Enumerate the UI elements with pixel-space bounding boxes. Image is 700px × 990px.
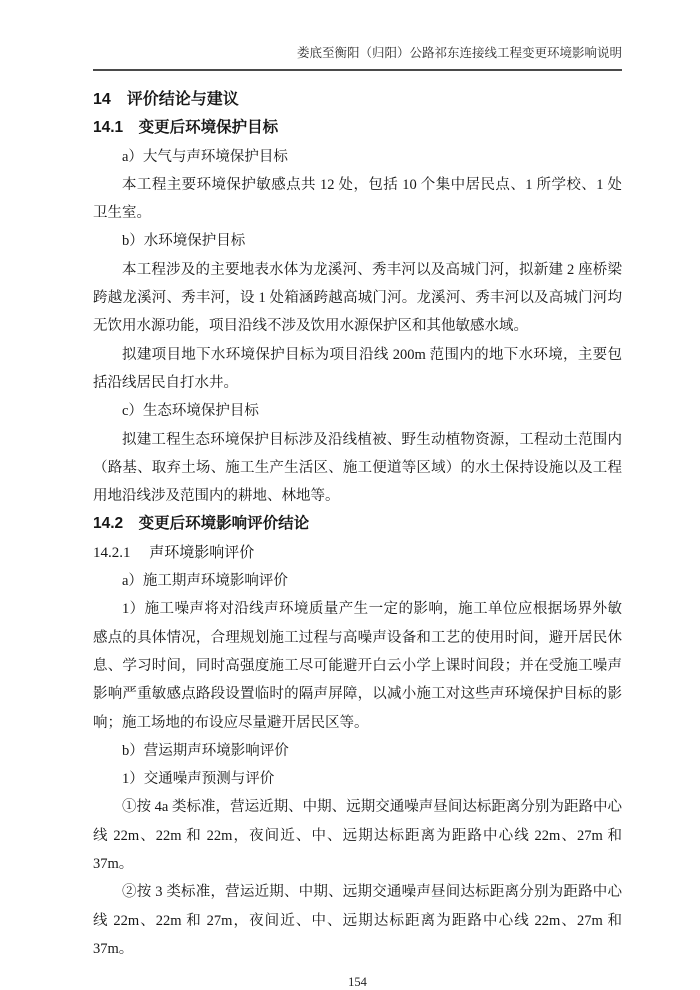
paragraph-construction-noise: 1）施工噪声将对沿线声环境质量产生一定的影响，施工单位应根据场界外敏感点的具体情… — [93, 595, 622, 736]
subheading-traffic-noise: 1）交通噪声预测与评价 — [93, 765, 622, 793]
subheading-a-construction-noise: a）施工期声环境影响评价 — [93, 567, 622, 595]
page-footer: 154 — [93, 975, 622, 990]
document-page: 娄底至衡阳（归阳）公路祁东连接线工程变更环境影响说明 14 评价结论与建议 14… — [0, 0, 700, 990]
paragraph-surface-water: 本工程涉及的主要地表水体为龙溪河、秀丰河以及高城门河，拟新建 2 座桥梁跨越龙溪… — [93, 256, 622, 341]
page-header: 娄底至衡阳（归阳）公路祁东连接线工程变更环境影响说明 — [93, 44, 622, 71]
paragraph-groundwater: 拟建项目地下水环境保护目标为项目沿线 200m 范围内的地下水环境，主要包括沿线… — [93, 341, 622, 398]
subheading-c-ecology-targets: c）生态环境保护目标 — [93, 397, 622, 425]
section-heading-14-2-1: 14.2.1 声环境影响评价 — [93, 539, 622, 567]
paragraph-noise-standard-4a: ①按 4a 类标准，营运近期、中期、远期交通噪声昼间达标距离分别为距路中心线 2… — [93, 793, 622, 878]
document-body: 14 评价结论与建议 14.1 变更后环境保护目标 a）大气与声环境保护目标 本… — [93, 86, 622, 963]
section-heading-14-1: 14.1 变更后环境保护目标 — [93, 114, 622, 142]
paragraph-noise-standard-3: ②按 3 类标准，营运近期、中期、远期交通噪声昼间达标距离分别为距路中心线 22… — [93, 878, 622, 963]
page-number: 154 — [348, 975, 367, 989]
subheading-b-water-targets: b）水环境保护目标 — [93, 227, 622, 255]
subheading-a-air-noise-targets: a）大气与声环境保护目标 — [93, 143, 622, 171]
page-header-title: 娄底至衡阳（归阳）公路祁东连接线工程变更环境影响说明 — [297, 46, 622, 60]
paragraph-sensitive-points: 本工程主要环境保护敏感点共 12 处，包括 10 个集中居民点、1 所学校、1 … — [93, 171, 622, 228]
section-heading-14-2: 14.2 变更后环境影响评价结论 — [93, 510, 622, 538]
chapter-heading: 14 评价结论与建议 — [93, 86, 622, 114]
subheading-b-operation-noise: b）营运期声环境影响评价 — [93, 737, 622, 765]
paragraph-ecology: 拟建工程生态环境保护目标涉及沿线植被、野生动植物资源，工程动土范围内（路基、取弃… — [93, 426, 622, 511]
